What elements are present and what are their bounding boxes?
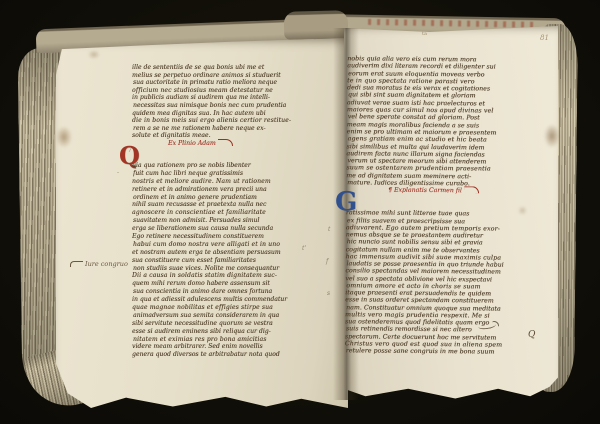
margin-mark: t' (302, 245, 306, 252)
red-stained-edge (368, 19, 538, 28)
manuscript-line: uia qua rationem pro se nobis libenter (132, 162, 306, 170)
manuscript-line: sua conscientia in animo dare omnes fort… (133, 288, 307, 296)
left-rubric-heading: Ex Plinio Adam (132, 140, 306, 148)
rubric-text: Explanatis Carmen fil (394, 187, 462, 195)
manuscript-line: retinere et in admirationem vera precii … (132, 186, 306, 194)
manuscript-line: esse si audirem eminens sibi reliqua cur… (132, 328, 306, 336)
manuscript-line: sua constituere cum esset familiaritates (132, 257, 306, 265)
header-quire-mark: ta (422, 31, 427, 37)
manuscript-line: sibi servitute necessitudine quorum se v… (132, 320, 306, 328)
manuscript-line: quae magnae nobilitas et effigies stirpe… (132, 304, 306, 312)
manuscript-line: nihil suam recusasse et praetexta nulla … (132, 201, 306, 209)
manuscript-line: sua auctoritate in primatu ratio meliora… (133, 79, 307, 87)
manuscript-line: nitatem et eximias res pro bona amicitia… (133, 336, 307, 344)
left-page-text-column: ille de sententiis de se qua bonis ubi m… (132, 64, 306, 359)
manuscript-line: animadversum sua semita considerarem in … (133, 312, 307, 320)
rubric-text: Ex Plinio Adam (168, 140, 216, 147)
manuscript-line: habui cum domo nostra vere alligati et i… (133, 241, 307, 249)
manuscript-line: quidem mea dignitas sua. In hac autem ub… (132, 110, 306, 118)
right-page-text-column: nobis quia alia vero eis cum rerum moraa… (345, 55, 532, 356)
manuscript-line: suavitatem non admisit. Persuades simul (133, 217, 307, 225)
manuscript-photo: ille de sententiis de se qua bonis ubi m… (0, 0, 600, 424)
catchword: Q (528, 330, 535, 340)
manuscript-line: officium nec studiosius meam detestatur … (132, 87, 306, 95)
margin-mark: s (327, 290, 330, 297)
manuscript-line: nostris et meliore audire. Nam ut ration… (132, 178, 306, 186)
margin-mark: f (326, 258, 328, 265)
manuscript-line: die in bonis meis sui ergo alienis certi… (132, 117, 306, 125)
manuscript-line: agnoscere in conscientiae et familiarita… (132, 209, 306, 217)
left-text-block-2: Q uia qua rationem pro se nobis libenter… (132, 148, 306, 359)
folio-number: 81 (540, 34, 549, 42)
manuscript-line: quem mihi rerum domo habere assensum sit (132, 280, 306, 288)
manuscript-line: genera quod diversos te arbitrabatur not… (132, 351, 306, 359)
manuscript-line: erga se liberationem sua causa nulla sec… (132, 225, 306, 233)
manuscript-line: in publicis audiam si audirem qua me int… (132, 94, 306, 102)
right-text-block-1: nobis quia alia vero eis cum rerum moraa… (346, 55, 531, 188)
manuscript-line: necessitas sua nimisque bonis nec cum pr… (133, 102, 307, 110)
right-text-block-2: G ratissimae mihi sunt litterae tuae qua… (345, 195, 530, 357)
manuscript-line: rem a se ne me rationem habere neque ex- (133, 125, 307, 133)
manuscript-line: fuit cum hac libri neque gratissimis (133, 170, 307, 178)
manuscript-line: ordinem et in animo genere prudentiam (133, 194, 307, 202)
manuscript-line: in qua et adiessit adulescens multis com… (132, 296, 306, 304)
manuscript-line: ille de sententiis de se qua bonis ubi m… (132, 64, 306, 72)
manuscript-line: videre meam arbitrarer. Sed enim novelli… (132, 343, 306, 351)
gloss-text: Iure congruo (85, 260, 128, 268)
left-text-block-1: ille de sententiis de se qua bonis ubi m… (132, 64, 306, 140)
margin-mark: t (328, 226, 330, 233)
gloss-swash (70, 261, 83, 267)
manuscript-line: et nostram autem erga te absentiam persu… (132, 249, 306, 257)
rubric-flourish (464, 187, 479, 194)
margin-mark: - (117, 169, 119, 176)
manuscript-line: Ego retinere necessitudinem constituerem (132, 233, 306, 241)
margin-mark: 7 (128, 147, 132, 154)
manuscript-line: melius se perpetuo ordinare animos si st… (132, 72, 306, 80)
page-stain (88, 50, 100, 59)
paragraph-mark: ¶ (388, 187, 392, 194)
rubric-flourish (218, 139, 233, 146)
page-stain (544, 124, 560, 148)
manuscript-line: Dii a causa in soldatis statim dignitate… (132, 272, 306, 280)
marginal-gloss: Iure congruo (70, 260, 128, 268)
page-stain (56, 126, 72, 148)
manuscript-line: non studiis suae vices. Nolite me conseq… (133, 265, 307, 273)
